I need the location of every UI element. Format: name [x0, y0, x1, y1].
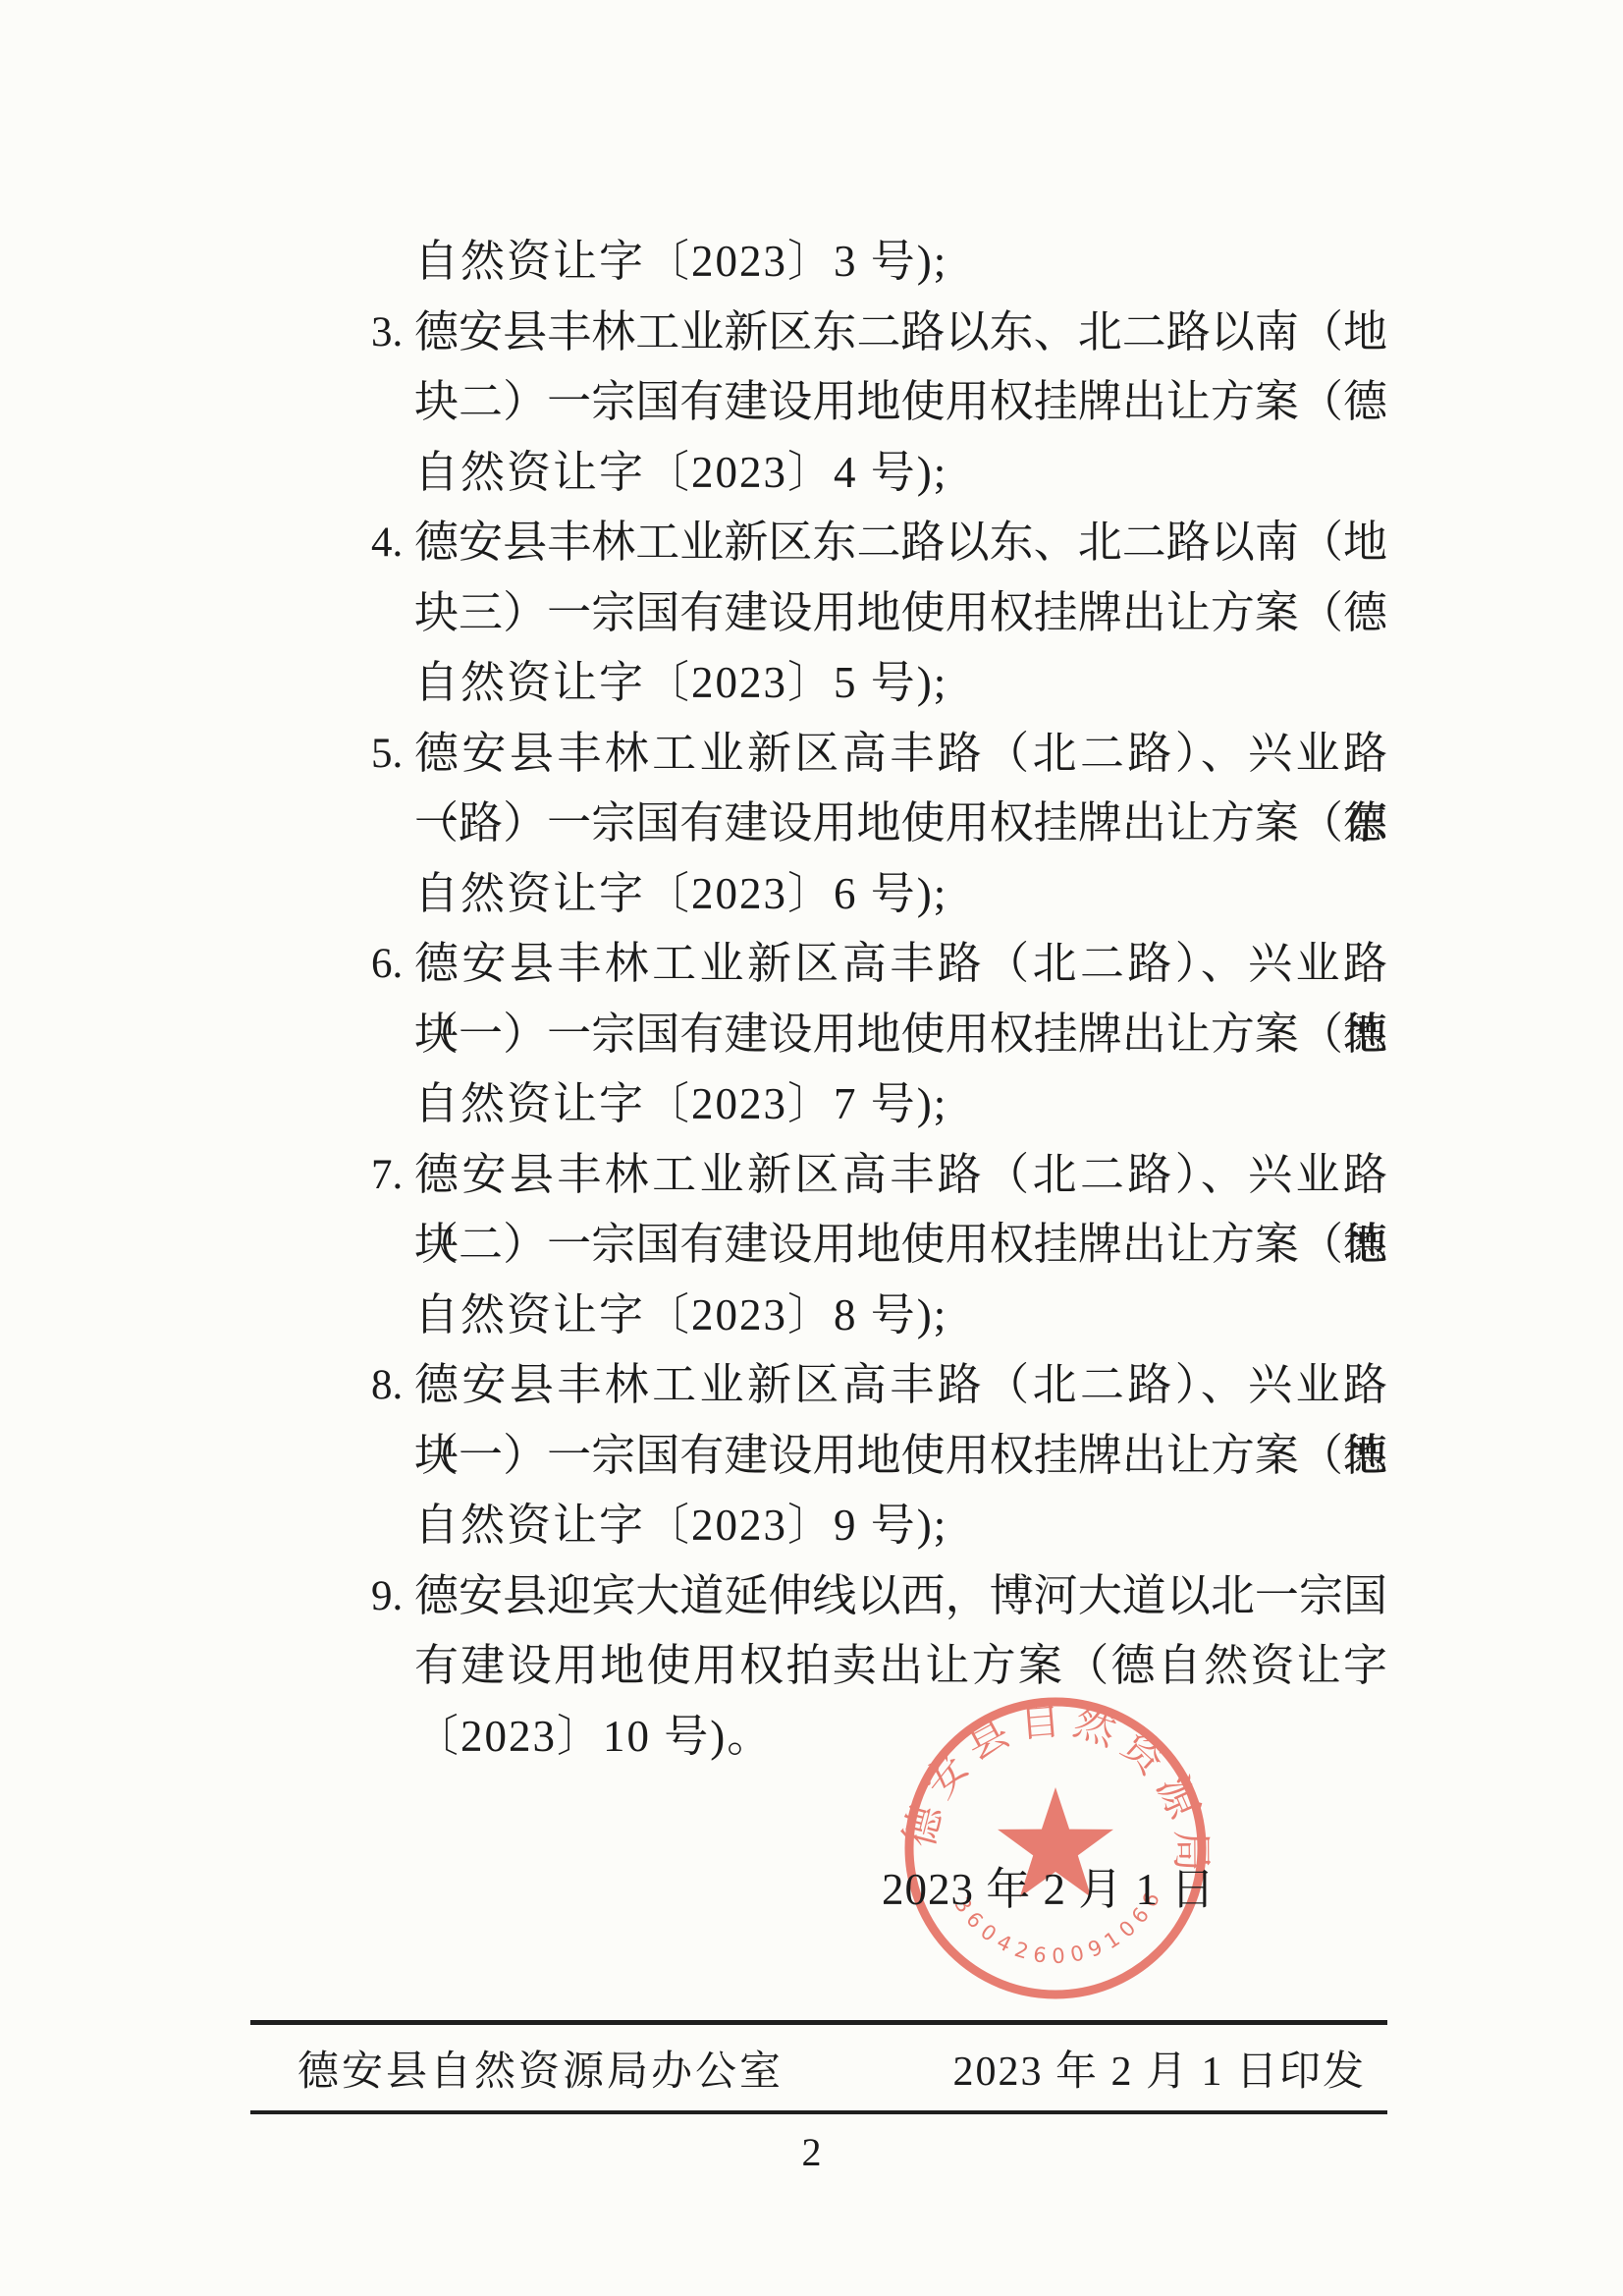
list-item-text: 块一）一宗国有建设用地使用权挂牌出让方案（德	[414, 1000, 1387, 1070]
document-page: 自然资让字〔2023〕3 号);3.德安县丰林工业新区东二路以东、北二路以南（地…	[0, 0, 1623, 2296]
list-number: 6.	[371, 929, 414, 1000]
list-number: 4.	[371, 508, 414, 578]
list-item: 7.德安县丰林工业新区高丰路（北二路）、兴业路（地	[371, 1140, 1387, 1211]
list-item-text: 德安县丰林工业新区高丰路（北二路）、兴业路（东	[414, 719, 1387, 790]
list-number: 5.	[371, 719, 414, 790]
list-item-text: 自然资让字〔2023〕7 号);	[414, 1079, 947, 1128]
list-item: 块一）一宗国有建设用地使用权挂牌出让方案（德	[371, 1000, 1387, 1070]
list-number: 3.	[371, 298, 414, 368]
list-item-text: 块三）一宗国有建设用地使用权挂牌出让方案（德	[414, 578, 1387, 649]
list-item: 自然资让字〔2023〕4 号);	[371, 438, 1387, 509]
list-item: 块二）一宗国有建设用地使用权挂牌出让方案（德	[371, 367, 1387, 438]
signature-date: 2023 年 2 月 1 日	[882, 1860, 1216, 1919]
list-item: 8.德安县丰林工业新区高丰路（北二路）、兴业路（地	[371, 1350, 1387, 1421]
list-item-text: 自然资让字〔2023〕8 号);	[414, 1290, 947, 1339]
list-item: 5.德安县丰林工业新区高丰路（北二路）、兴业路（东	[371, 719, 1387, 790]
list-item: 自然资让字〔2023〕9 号);	[371, 1491, 1387, 1561]
footer-issuer: 德安县自然资源局办公室	[250, 2039, 784, 2098]
list-item-text: 自然资让字〔2023〕6 号);	[414, 869, 947, 918]
footer-rule-bottom	[250, 2110, 1387, 2114]
list-item: 自然资让字〔2023〕6 号);	[371, 859, 1387, 930]
list-item-text: 德安县丰林工业新区高丰路（北二路）、兴业路（地	[414, 929, 1387, 1000]
list-item: 3.德安县丰林工业新区东二路以东、北二路以南（地	[371, 298, 1387, 368]
footer-rule-top	[250, 2020, 1387, 2025]
list-item: 自然资让字〔2023〕5 号);	[371, 648, 1387, 719]
list-item: 一路）一宗国有建设用地使用权挂牌出让方案（德	[371, 789, 1387, 859]
list-item-text: 德安县迎宾大道延伸线以西，博河大道以北一宗国	[414, 1561, 1387, 1632]
list-item: 4.德安县丰林工业新区东二路以东、北二路以南（地	[371, 508, 1387, 578]
list-number: 7.	[371, 1140, 414, 1211]
document-body: 自然资让字〔2023〕3 号);3.德安县丰林工业新区东二路以东、北二路以南（地…	[371, 227, 1387, 1772]
list-item: 块二）一宗国有建设用地使用权挂牌出让方案（德	[371, 1210, 1387, 1281]
list-item-text: 块二）一宗国有建设用地使用权挂牌出让方案（德	[414, 367, 1387, 438]
official-seal: 德安县自然资源局 3604260091066	[898, 1691, 1213, 2005]
list-item-text: 自然资让字〔2023〕3 号);	[414, 237, 947, 286]
list-number: 9.	[371, 1561, 414, 1632]
list-item-text: 〔2023〕10 号)。	[414, 1712, 773, 1761]
list-item-text: 自然资让字〔2023〕9 号);	[414, 1501, 947, 1550]
footer-print-date: 2023 年 2 月 1 日印发	[952, 2039, 1387, 2098]
page-number: 2	[0, 2129, 1623, 2175]
list-item: 自然资让字〔2023〕3 号);	[371, 227, 1387, 298]
list-item: 自然资让字〔2023〕7 号);	[371, 1069, 1387, 1140]
list-item: 自然资让字〔2023〕8 号);	[371, 1281, 1387, 1351]
list-item: 6.德安县丰林工业新区高丰路（北二路）、兴业路（地	[371, 929, 1387, 1000]
list-item: 9.德安县迎宾大道延伸线以西，博河大道以北一宗国	[371, 1561, 1387, 1632]
list-item: 块三）一宗国有建设用地使用权挂牌出让方案（德	[371, 578, 1387, 649]
list-number: 8.	[371, 1350, 414, 1421]
list-item-text: 自然资让字〔2023〕5 号);	[414, 658, 947, 707]
list-item: 有建设用地使用权拍卖出让方案（德自然资让字	[371, 1631, 1387, 1702]
list-item-text: 块二）一宗国有建设用地使用权挂牌出让方案（德	[414, 1210, 1387, 1281]
list-item-text: 一路）一宗国有建设用地使用权挂牌出让方案（德	[414, 789, 1387, 859]
list-item-text: 德安县丰林工业新区东二路以东、北二路以南（地	[414, 298, 1387, 368]
footer-row: 德安县自然资源局办公室 2023 年 2 月 1 日印发	[250, 2029, 1387, 2107]
list-item-text: 德安县丰林工业新区高丰路（北二路）、兴业路（地	[414, 1140, 1387, 1211]
list-item-text: 德安县丰林工业新区高丰路（北二路）、兴业路（地	[414, 1350, 1387, 1421]
list-item: 块一）一宗国有建设用地使用权挂牌出让方案（德	[371, 1421, 1387, 1492]
list-item-text: 德安县丰林工业新区东二路以东、北二路以南（地	[414, 508, 1387, 578]
list-item-text: 自然资让字〔2023〕4 号);	[414, 448, 947, 497]
list-item: 〔2023〕10 号)。	[371, 1702, 1387, 1773]
list-item-text: 块一）一宗国有建设用地使用权挂牌出让方案（德	[414, 1421, 1387, 1492]
